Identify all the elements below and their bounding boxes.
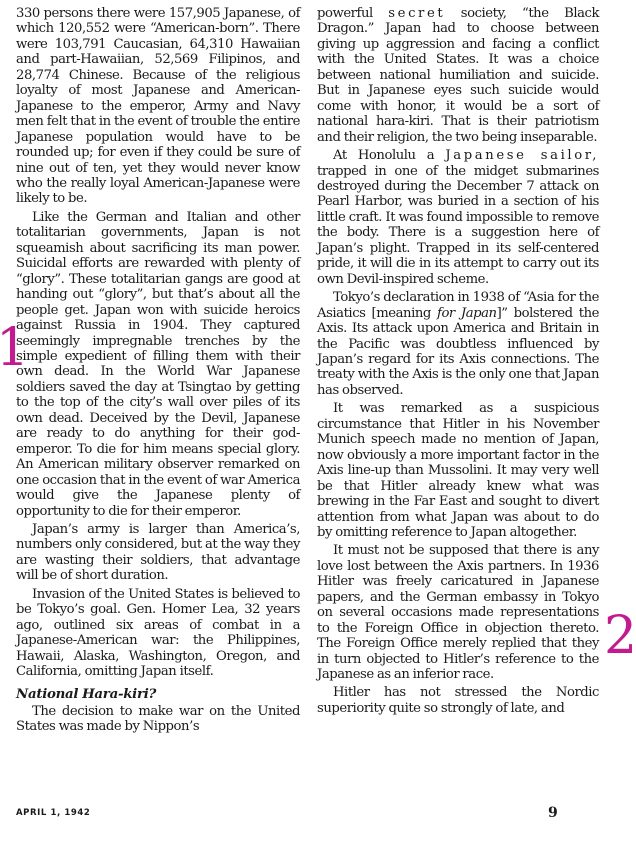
issue-date: APRIL 1, 1942 [16,808,90,818]
paragraph: Japan’s army is larger than America’s, n… [16,522,300,584]
text-run: society, “the Black Dragon.” Japan had t… [317,6,599,145]
paragraph: Hitler has not stressed the Nordic super… [317,685,599,716]
annotation-marker-1: 1 [0,322,29,374]
text-run: trapped in one of the midget submarines … [317,164,599,287]
left-column: 330 persons there were 157,905 Japanese,… [16,6,300,735]
paragraph: Tokyo’s declaration in 1938 of “Asia for… [317,290,599,398]
annotation-marker-2: 2 [604,610,636,662]
paragraph: It was remarked as a suspicious circumst… [317,401,599,540]
paragraph: Like the German and Italian and other to… [16,210,300,519]
paragraph: It must not be supposed that there is an… [317,543,599,682]
paragraph: Invasion of the United States is believe… [16,587,300,680]
italic-text-run: for Japan [437,306,497,321]
paragraph: The decision to make war on the United S… [16,704,300,735]
spaced-text-run: secret [388,6,445,21]
right-column: powerful secret society, “the Black Drag… [317,6,599,716]
subheading: National Hara-kiri? [16,687,300,702]
paragraph: powerful secret society, “the Black Drag… [317,6,599,145]
paragraph: At Honolulu a Japanese sailor, trapped i… [317,148,599,287]
spaced-text-run: Japanese sailor, [445,148,599,163]
text-run: powerful [317,6,388,21]
page-number: 9 [548,805,558,821]
paragraph: 330 persons there were 157,905 Japanese,… [16,6,300,207]
text-run: At Honolulu a [333,148,445,163]
